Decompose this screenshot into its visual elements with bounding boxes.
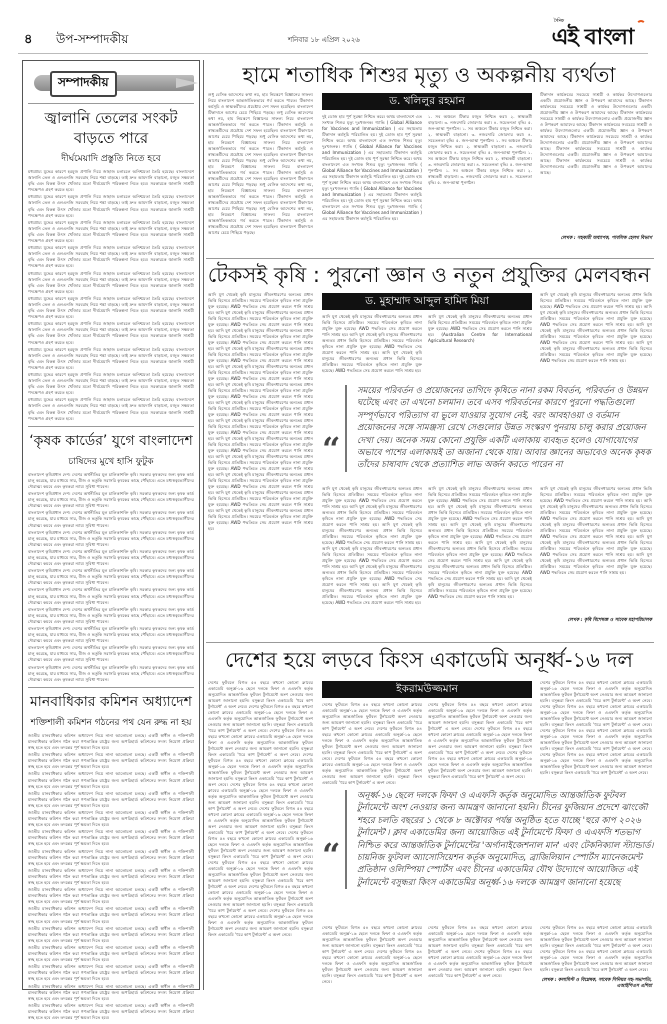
editorial-headline-3: মানবাধিকার কমিশন অধ্যাদেশ (28, 692, 194, 712)
article-2-byline: ড. মুহাম্মাদ আব্দুল হামিদ মিয়া (322, 293, 532, 310)
article-2-col-2: আদি যুগ থেকেই কৃষি মানুষের জীবনধারণের অন… (322, 314, 422, 380)
article-3-pull-quote: অনূর্ধ্ব-১৬ ছেলে দলকে ফিফা ও এএফসি কর্তৃ… (345, 790, 655, 889)
article-3-byline: ইকরামউজ্জমান (322, 681, 532, 698)
article-3-title: দেশের হয়ে লড়বে কিংস একাডেমি অনূর্ধ্ব-১… (204, 647, 654, 673)
page-number: ৪ (24, 30, 32, 51)
editorial-subhead-3: শক্তিশালী কমিশন গঠনের পথ যেন রুদ্ধ না হয… (28, 715, 194, 730)
editorial-column: সম্পাদকীয় জ্বালানি তেলের সংকট বাড়তে পা… (22, 60, 200, 990)
article-2-col-3b: আদি যুগ থেকেই কৃষি মানুষের জীবনধারণের অন… (428, 486, 532, 636)
article-1-col-3: ১. সব অঞ্চলে টিকার মজুত নিশ্চিত করা। ২. … (428, 114, 532, 254)
article-2-col-1: আদি যুগ থেকেই কৃষি মানুষের জীবনধারণের অন… (208, 292, 313, 637)
quote-mark-icon: “ (322, 430, 340, 468)
logo-text: এই বাংলা (552, 25, 634, 50)
editorial-subhead-2: চাষিদের মুখে হাসি ফুটুক (28, 454, 194, 469)
page-header: ৪ উপ-সম্পাদকীয় শনিবার ১৮ এপ্রিল ২০২৬ দৈ… (18, 12, 648, 54)
divider (28, 426, 194, 427)
article-3-col-1: দেশের ফুটবলে বিগত ৫৪ বছরে কখনো কোনো ক্লা… (208, 680, 313, 990)
article-3-author-credit: লেখক : কলামিস্ট ও বিশ্লেষক, সাবেক সিনিয়… (540, 978, 652, 990)
editorial-headline-2: ‘কৃষক কার্ডের’ যুগে বাংলাদেশ (28, 431, 194, 451)
quote-mark-icon: “ (322, 836, 340, 874)
divider (206, 642, 654, 643)
article-2-author-credit: লেখক : কৃষি বিশেষজ্ঞ ও সাবেক মহাপরিচালক (540, 618, 652, 624)
article-2-col-4b: আদি যুগ থেকেই কৃষি মানুষের জীবনধারণের অন… (540, 486, 652, 612)
editorial-label: সম্পাদকীয় (50, 71, 117, 97)
signal-icon (636, 20, 646, 28)
column-rule (203, 60, 204, 990)
article-1-byline: ড. খলিলুর রহমান (322, 93, 532, 110)
article-1-col-4: টিকাদান কার্যক্রমের সবচেয়ে সাশ্রয়ী ও ক… (540, 92, 652, 230)
divider (206, 258, 654, 259)
article-1-author-credit: লেখক : সহকারী অধ্যাপক, পাবলিক হেলথ বিভাগ (540, 236, 652, 242)
article-3-col-3: দেশের ফুটবলে বিগত ৫৪ বছরে কখনো কোনো ক্লা… (428, 702, 532, 786)
article-1-col-2: দুই ডোজ হাম পূর্ণ সুরক্ষা নিশ্চিত করে। অ… (322, 114, 422, 254)
article-3-col-4b: দেশের ফুটবলে বিগত ৫৪ বছরে কখনো কোনো ক্লা… (540, 925, 652, 975)
article-3-col-2b: দেশের ফুটবলে বিগত ৫৪ বছরে কখনো কোনো ক্লা… (322, 925, 422, 990)
article-2-col-4: আদি যুগ থেকেই কৃষি মানুষের জীবনধারণের অন… (540, 292, 652, 382)
editorial-headline-1: জ্বালানি তেলের সংকট বাড়তে পারে (28, 108, 194, 148)
editorial-body-3: জাতীয় মানবাধিকার কমিশন অধ্যাদেশ নিয়ে ন… (28, 733, 194, 1021)
article-1-col-1: শুধু বেসিক আদেশের কথা নয়, হাম নিয়ন্ত্র… (208, 92, 313, 254)
article-3-col-2: দেশের ফুটবলে বিগত ৫৪ বছরে কখনো কোনো ক্লা… (322, 702, 422, 786)
newspaper-logo: দৈনিক এই বাংলা (552, 20, 642, 57)
editorial-body-1: মধ্যপ্রাচ্য যুদ্ধের কারণে হরমুজ প্রণালি … (28, 169, 194, 422)
article-1-title: হামে শতাধিক শিশুর মৃত্যু ও অকল্পনীয় ব্য… (204, 62, 654, 88)
issue-date: শনিবার ১৮ এপ্রিল ২০২৬ (288, 34, 360, 46)
editorial-body-2: বাংলাদেশ কৃষিপ্রধান দেশ। দেশের অর্থনীতির… (28, 472, 194, 683)
article-2-col-3: আদি যুগ থেকেই কৃষি মানুষের জীবনধারণের অন… (428, 314, 532, 380)
section-name: উপ-সম্পাদকীয় (56, 31, 128, 51)
article-3-col-3b: দেশের ফুটবলে বিগত ৫৪ বছরে কখনো কোনো ক্লা… (428, 925, 532, 990)
article-2-title: টেকসই কৃষি : পুরনো জ্ঞান ও নতুন প্রযুক্ত… (204, 262, 654, 288)
article-3-col-4: দেশের ফুটবলে বিগত ৫৪ বছরে কখনো কোনো ক্লা… (540, 680, 652, 786)
divider (28, 103, 194, 104)
divider (28, 687, 194, 688)
institution-name: (Australian Centre for International Agr… (428, 332, 532, 343)
article-2-col-2b: আদি যুগ থেকেই কৃষি মানুষের জীবনধারণের অন… (322, 486, 422, 636)
editorial-subhead-1: দীর্ঘমেয়াদি প্রস্তুতি নিতে হবে (28, 151, 194, 166)
editorial-banner: সম্পাদকীয় (28, 69, 194, 97)
article-2-pull-quote: সময়ের পরিবর্তন ও প্রয়োজনের তাগিদে কৃষি… (345, 385, 655, 472)
logo-prefix: দৈনিক (554, 18, 564, 26)
